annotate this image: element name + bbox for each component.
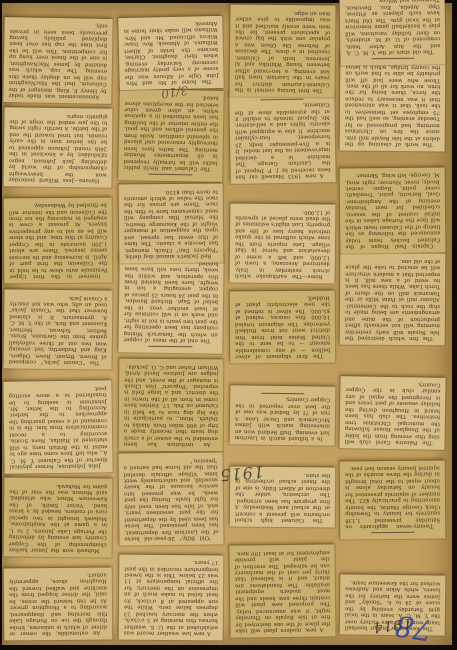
clipping-text: In a billiard match in Laurium last even…: [235, 395, 331, 441]
news-clipping-dog-derby-film: Red Jacket's annual dog derby, "Popcorn …: [119, 184, 224, 264]
clipping-text: The first boxing contest in the Calumet-…: [235, 9, 331, 94]
clipping-text: The end of the mass of copper on which t…: [123, 259, 218, 344]
news-clipping-public-baths: The Calumet and Hecla public baths will …: [118, 89, 224, 182]
news-clipping-macnaughton-cup: Announcement was made today by Henry E. …: [3, 17, 112, 104]
clipping-text: The home of Mr. and Mrs. John Ogle of Al…: [123, 20, 218, 86]
clipping-text: The Calumet high school orchestra will p…: [235, 471, 330, 523]
clipping-text: Mohawk won the Junior hockey championshi…: [9, 482, 108, 554]
clipping-text: The Keweenaw Indoor baseball team won a …: [345, 579, 441, 632]
news-clipping-bedard-billiards: In a billiard match in Laurium last even…: [230, 385, 336, 446]
clipping-text: The work of cleaning up the debris at th…: [345, 56, 441, 147]
clipping-text: An automobile, the owner or driver of wh…: [9, 571, 108, 636]
clipping-text: Captain Paul Hogan of the Calumet hockey…: [345, 171, 441, 249]
news-clipping-keweenaw-baseball: The Keweenaw Indoor baseball team won a …: [340, 575, 446, 636]
clipping-text: The Calumet and Hecla public baths will …: [123, 93, 218, 172]
clipping-text: "Old Billy," 26-year-old horse of the La…: [123, 457, 218, 542]
news-clipping-carol-club: The Palestra Carol club will sing this e…: [339, 376, 445, 450]
scrapbook-page: The Keweenaw Indoor baseball team won a …: [2, 3, 452, 645]
scrapbook-photo: The Keweenaw Indoor baseball team won a …: [0, 0, 457, 650]
scrapbook-page-rotated: The Keweenaw Indoor baseball team won a …: [0, 0, 457, 650]
clipping-text: The "Cousin Jacks," composed of Brown, B…: [9, 294, 108, 366]
clipping-text: A new, modern plant will take the place …: [234, 549, 330, 634]
clipping-text: A new 1915 Maxwell car has been received…: [234, 101, 330, 180]
news-clipping-weather-record: A new low weather record was established…: [119, 554, 224, 640]
news-clipping-old-stars-basketball: The old stars of the Y. M. C. A. and the…: [340, 0, 446, 66]
column-rule: [260, 98, 304, 100]
news-clipping-cousin-jacks-volleyball: The "Cousin Jacks," composed of Brown, B…: [4, 290, 113, 370]
news-clipping-ogle-williams-wedding: The home of Mr. and Mrs. John Ogle of Al…: [118, 16, 223, 91]
clipping-text: An invitation has been extended to the o…: [124, 363, 219, 447]
news-clipping-willard-johnson-fight: Havana—Jess Willard yesterday won the he…: [3, 107, 112, 187]
column-rule: [371, 532, 415, 533]
news-clipping-old-billy-horse: "Old Billy," 26-year-old horse of the La…: [118, 453, 223, 546]
clipping-column-4: An automobile, the owner or driver of wh…: [4, 3, 112, 645]
news-clipping-mohawk-juniors: Mohawk won the Junior hockey championshi…: [4, 478, 113, 558]
news-clipping-silver-bullion: The first shipment of silver bullion — o…: [230, 290, 336, 363]
news-clipping-new-mill-plant: A new, modern plant will take the place …: [229, 545, 335, 638]
clipping-text: A new low weather record was established…: [124, 558, 219, 636]
clipping-text: John Johnstone, former physical director…: [8, 385, 107, 470]
news-clipping-high-school-orchestra: The Calumet high school orchestra will p…: [230, 467, 336, 527]
news-clipping-johnstone-navy: John Johnstone, former physical director…: [3, 381, 112, 474]
column-rule: [261, 393, 305, 395]
clipping-text: Interest in the first Upper Peninsula au…: [9, 201, 108, 279]
clipping-text: Red Jacket's annual dog derby, "Popcorn …: [124, 188, 219, 260]
news-clipping-calumet-hockey-lineup: Captain Paul Hogan of the Calumet hockey…: [340, 167, 446, 253]
clipping-text: The Palestra Carol club will sing this e…: [345, 380, 441, 446]
column-rule: [149, 174, 192, 176]
clipping-column-3: A new low weather record was established…: [119, 3, 223, 645]
clipping-text: Twenty-seven applicants on Saturday pres…: [345, 464, 441, 529]
news-clipping-maxwell-car: A new 1915 Maxwell car has been received…: [229, 91, 335, 184]
news-clipping-tamarack-copper-mass: The end of the mass of copper on which t…: [118, 255, 223, 354]
clipping-text: Rome—The earthquake which struck yesterd…: [235, 208, 331, 280]
clipping-text: The old stars of the Y. M. C. A. and the…: [345, 0, 441, 56]
news-clipping-auto-show: Interest in the first Upper Peninsula au…: [4, 197, 113, 283]
column-rule: [149, 346, 192, 348]
clipping-text: The fire which destroyed the Isle Royale…: [345, 257, 441, 341]
news-clipping-auto-through-ice: An automobile, the owner or driver of wh…: [4, 567, 113, 640]
news-clipping-rome-earthquake: Rome—The earthquake which struck yesterd…: [230, 204, 336, 284]
news-clipping-squirrel-bounty: Twenty-seven applicants on Saturday pres…: [340, 460, 446, 539]
clipping-column-2: A new, modern plant will take the place …: [230, 3, 335, 645]
clipping-text: The first shipment of silver bullion — o…: [235, 294, 330, 359]
clipping-text: Announcement was made today by Henry E. …: [8, 21, 107, 100]
news-clipping-isle-royale-debris: The work of cleaning up the debris at th…: [340, 52, 446, 151]
news-clipping-mill-fire-rock: The fire which destroyed the Isle Royale…: [340, 253, 446, 345]
clipping-text: Havana—Jess Willard yesterday won the he…: [9, 112, 108, 184]
column-rule: [371, 58, 415, 60]
news-clipping-boxing-draw: The first boxing contest in the Calumet-…: [230, 5, 336, 98]
clipping-column-1: The Keweenaw Indoor baseball team won a …: [340, 3, 445, 645]
news-clipping-dog-team-invitation: An invitation has been extended to the o…: [119, 359, 224, 451]
